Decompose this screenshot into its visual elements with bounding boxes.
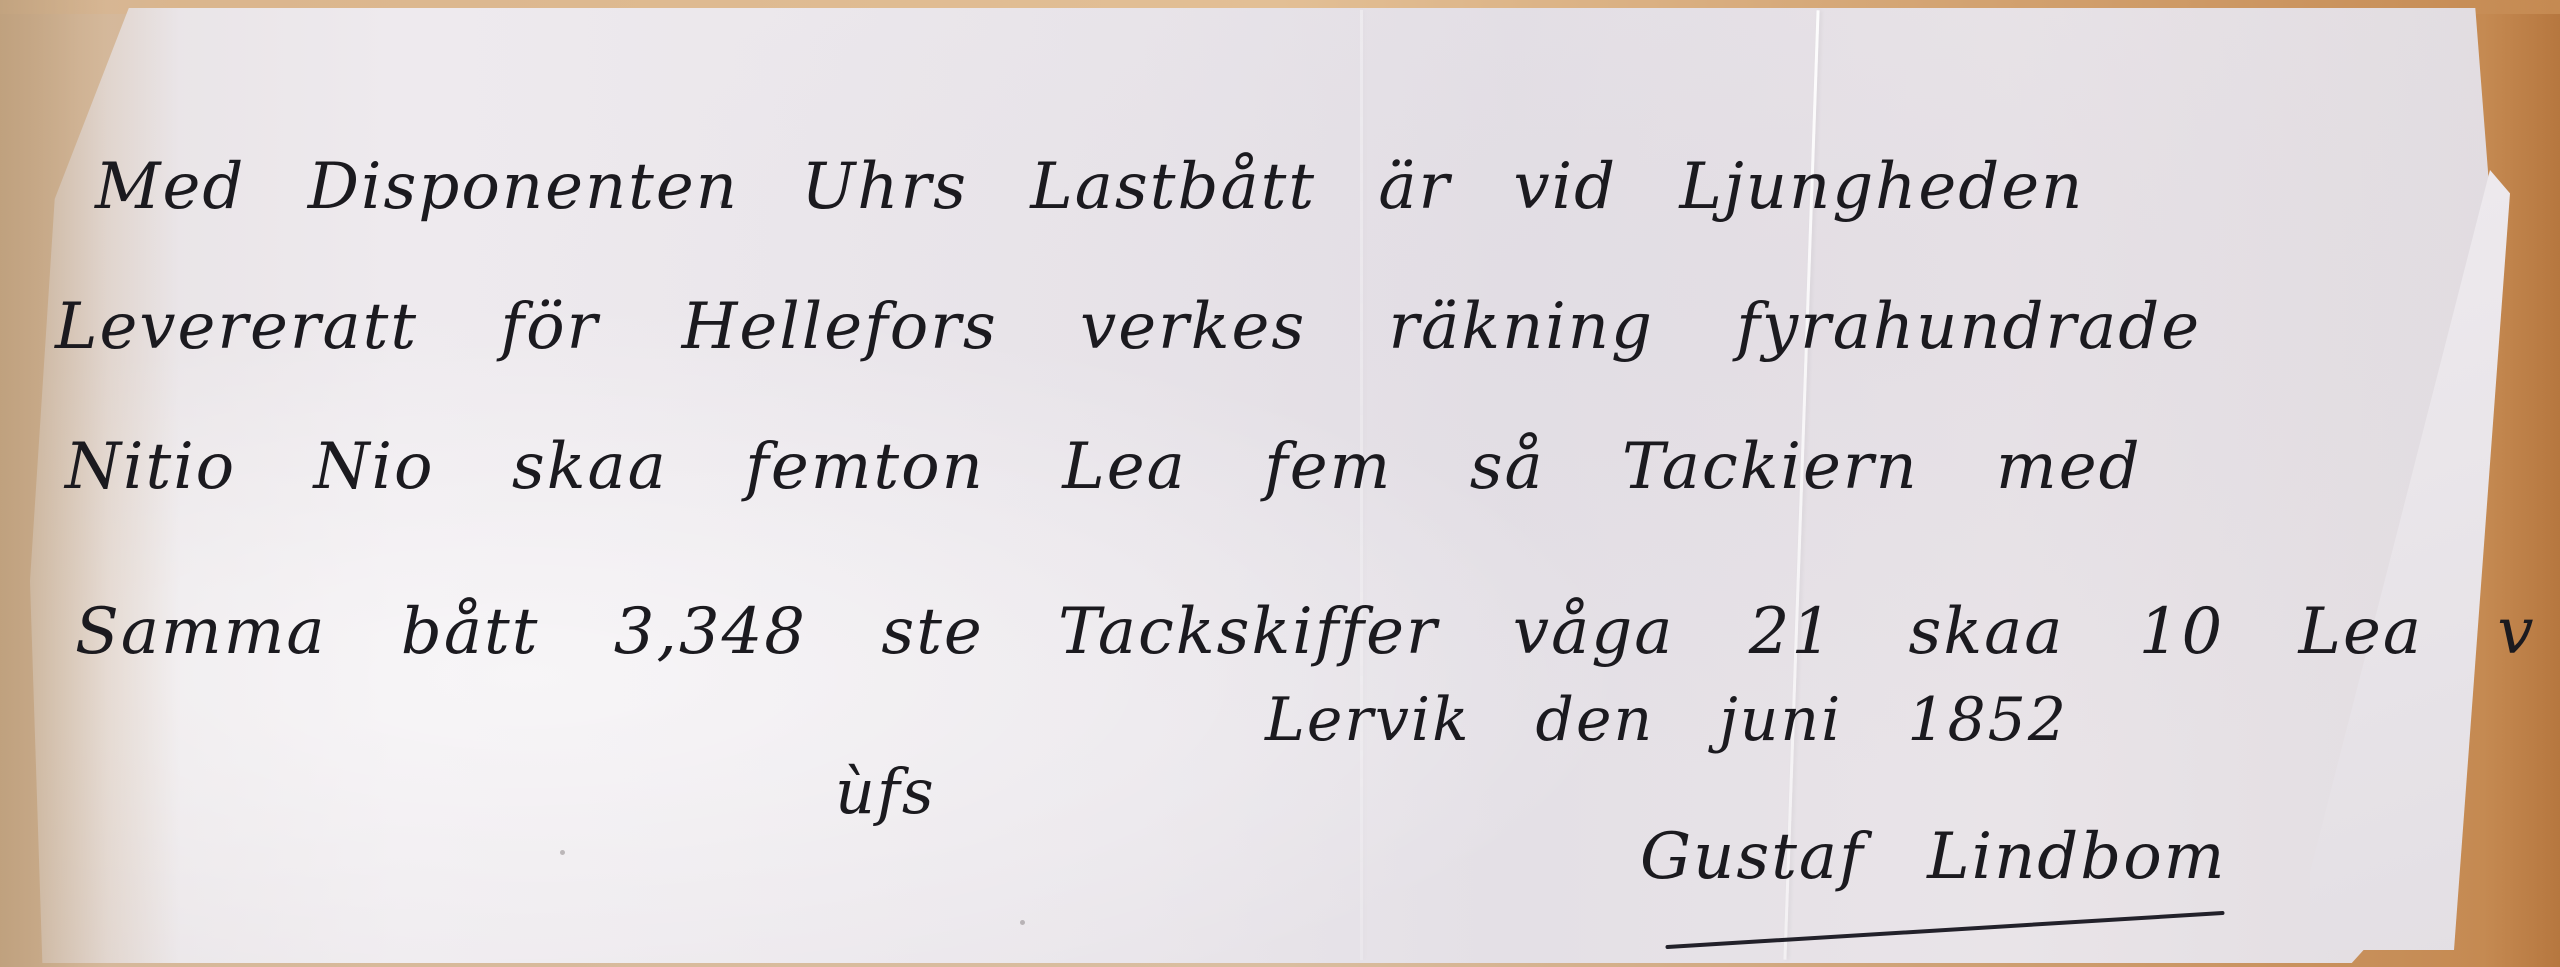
text-line-3: Nitio Nio skaa femton Lea fem så Tackier… xyxy=(65,430,2142,504)
paper-speck xyxy=(560,850,565,855)
text-line-1: Med Disponenten Uhrs Lastbått är vid Lju… xyxy=(95,150,2084,224)
paper-speck xyxy=(1020,920,1025,925)
text-line-4: Samma bått 3,348 ste Tackskiffer våga 21… xyxy=(75,595,2560,669)
text-line-2: Levereratt för Hellefors verkes räkning … xyxy=(55,290,2201,364)
place-date-line: Lervik den juni 1852 xyxy=(1265,685,2068,755)
signature: Gustaf Lindbom xyxy=(1640,820,2226,894)
initials-mark: ùfs xyxy=(835,755,936,828)
